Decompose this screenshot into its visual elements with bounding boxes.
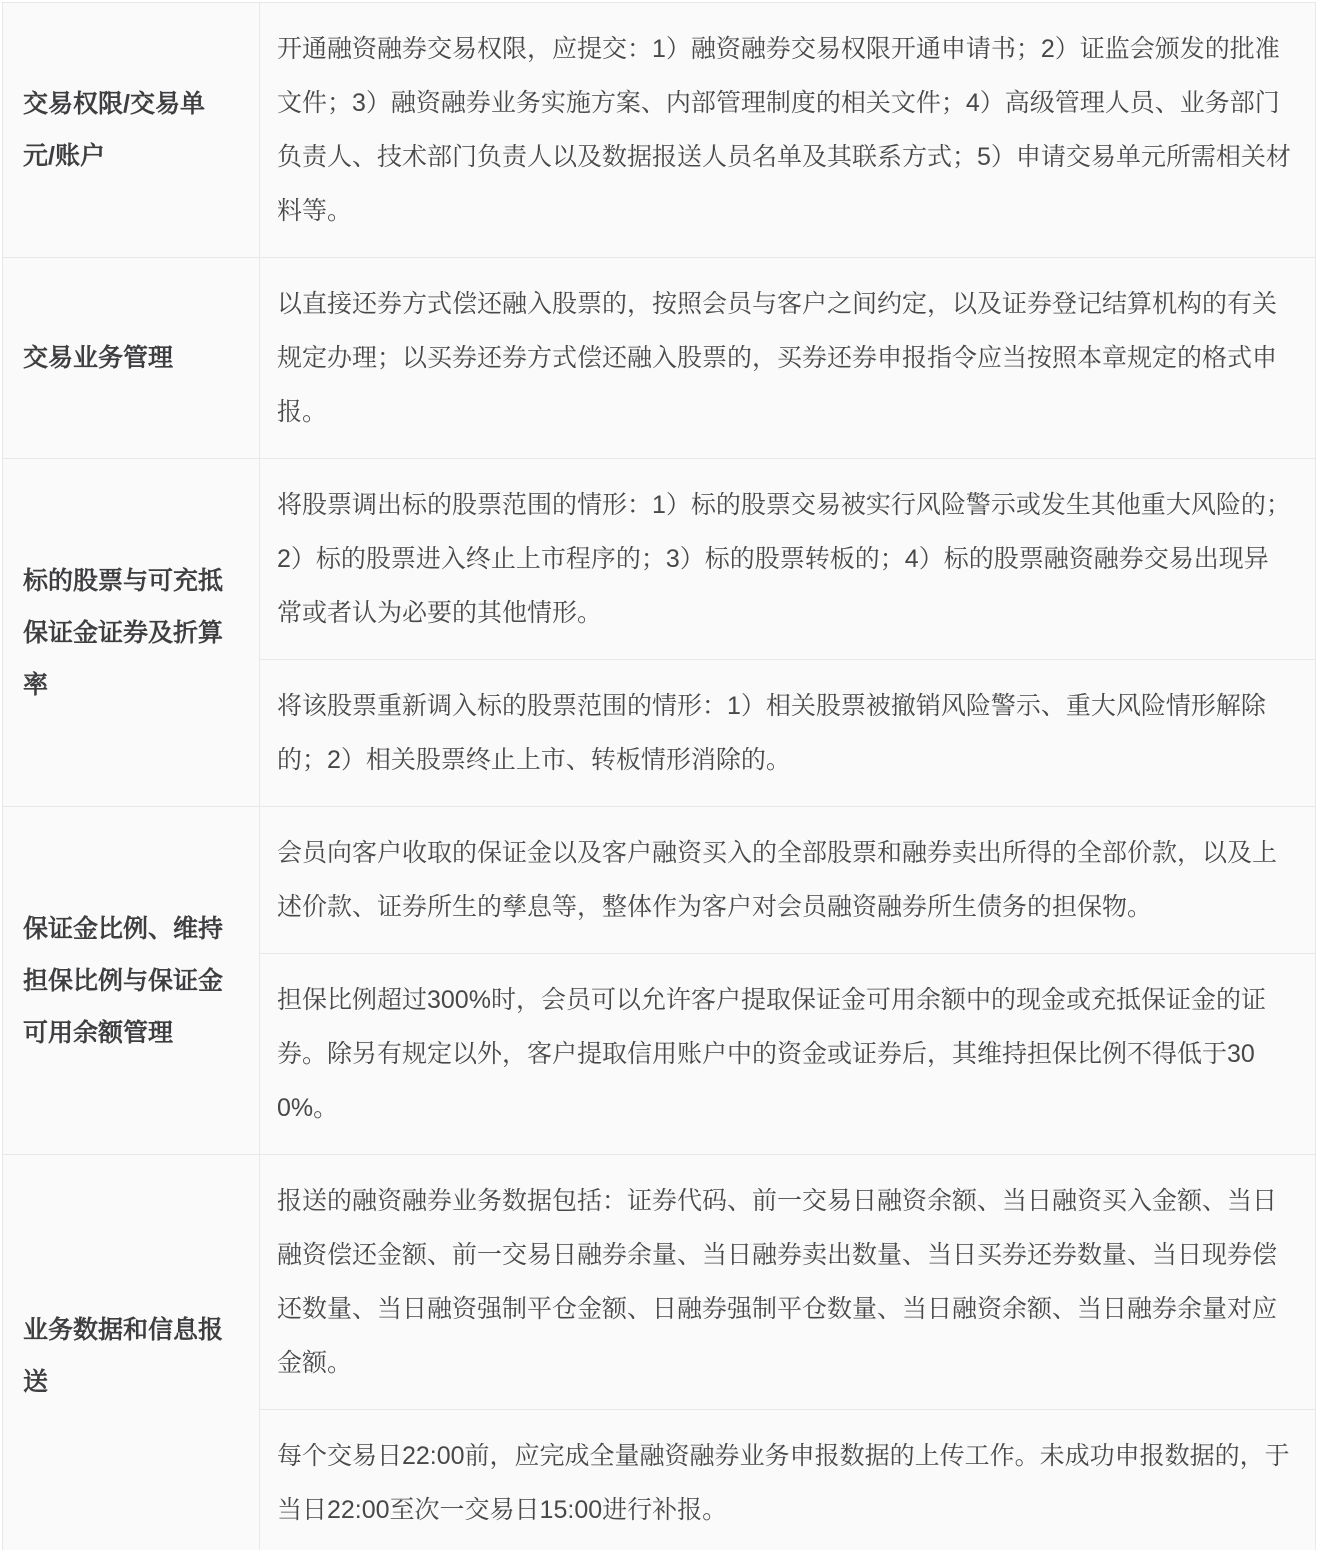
row-category-label: 交易权限/交易单元/账户 bbox=[3, 3, 260, 257]
rule-text-cell: 担保比例超过300%时，会员可以允许客户提取保证金可用余额中的现金或充抵保证金的… bbox=[260, 953, 1315, 1154]
table-row: 业务数据和信息报送 报送的融资融券业务数据包括：证券代码、前一交易日融资余额、当… bbox=[3, 1154, 1315, 1550]
row-content-column: 以直接还券方式偿还融入股票的，按照会员与客户之间约定，以及证券登记结算机构的有关… bbox=[260, 258, 1315, 458]
table-row: 交易业务管理 以直接还券方式偿还融入股票的，按照会员与客户之间约定，以及证券登记… bbox=[3, 257, 1315, 458]
rule-text-cell: 报送的融资融券业务数据包括：证券代码、前一交易日融资余额、当日融资买入金额、当日… bbox=[260, 1155, 1315, 1409]
rule-text-cell: 开通融资融券交易权限，应提交：1）融资融券交易权限开通申请书；2）证监会颁发的批… bbox=[260, 3, 1315, 257]
row-category-label: 标的股票与可充抵保证金证券及折算率 bbox=[3, 459, 260, 806]
row-content-column: 将股票调出标的股票范围的情形：1）标的股票交易被实行风险警示或发生其他重大风险的… bbox=[260, 459, 1315, 806]
row-category-label: 交易业务管理 bbox=[3, 258, 260, 458]
rule-text-cell: 会员向客户收取的保证金以及客户融资买入的全部股票和融券卖出所得的全部价款，以及上… bbox=[260, 807, 1315, 953]
row-content-column: 开通融资融券交易权限，应提交：1）融资融券交易权限开通申请书；2）证监会颁发的批… bbox=[260, 3, 1315, 257]
row-category-label: 业务数据和信息报送 bbox=[3, 1155, 260, 1550]
table-row: 标的股票与可充抵保证金证券及折算率 将股票调出标的股票范围的情形：1）标的股票交… bbox=[3, 458, 1315, 806]
table-row: 保证金比例、维持担保比例与保证金可用余额管理 会员向客户收取的保证金以及客户融资… bbox=[3, 806, 1315, 1154]
row-content-column: 报送的融资融券业务数据包括：证券代码、前一交易日融资余额、当日融资买入金额、当日… bbox=[260, 1155, 1315, 1550]
rule-text-cell: 将该股票重新调入标的股票范围的情形：1）相关股票被撤销风险警示、重大风险情形解除… bbox=[260, 659, 1315, 806]
rule-text-cell: 以直接还券方式偿还融入股票的，按照会员与客户之间约定，以及证券登记结算机构的有关… bbox=[260, 258, 1315, 458]
row-content-column: 会员向客户收取的保证金以及客户融资买入的全部股票和融券卖出所得的全部价款，以及上… bbox=[260, 807, 1315, 1154]
page: 交易权限/交易单元/账户 开通融资融券交易权限，应提交：1）融资融券交易权限开通… bbox=[0, 0, 1318, 1550]
rule-text-cell: 将股票调出标的股票范围的情形：1）标的股票交易被实行风险警示或发生其他重大风险的… bbox=[260, 459, 1315, 659]
table-row: 交易权限/交易单元/账户 开通融资融券交易权限，应提交：1）融资融券交易权限开通… bbox=[3, 3, 1315, 257]
rule-text-cell: 每个交易日22:00前，应完成全量融资融券业务申报数据的上传工作。未成功申报数据… bbox=[260, 1409, 1315, 1550]
row-category-label: 保证金比例、维持担保比例与保证金可用余额管理 bbox=[3, 807, 260, 1154]
margin-trading-rules-table: 交易权限/交易单元/账户 开通融资融券交易权限，应提交：1）融资融券交易权限开通… bbox=[2, 2, 1316, 1550]
